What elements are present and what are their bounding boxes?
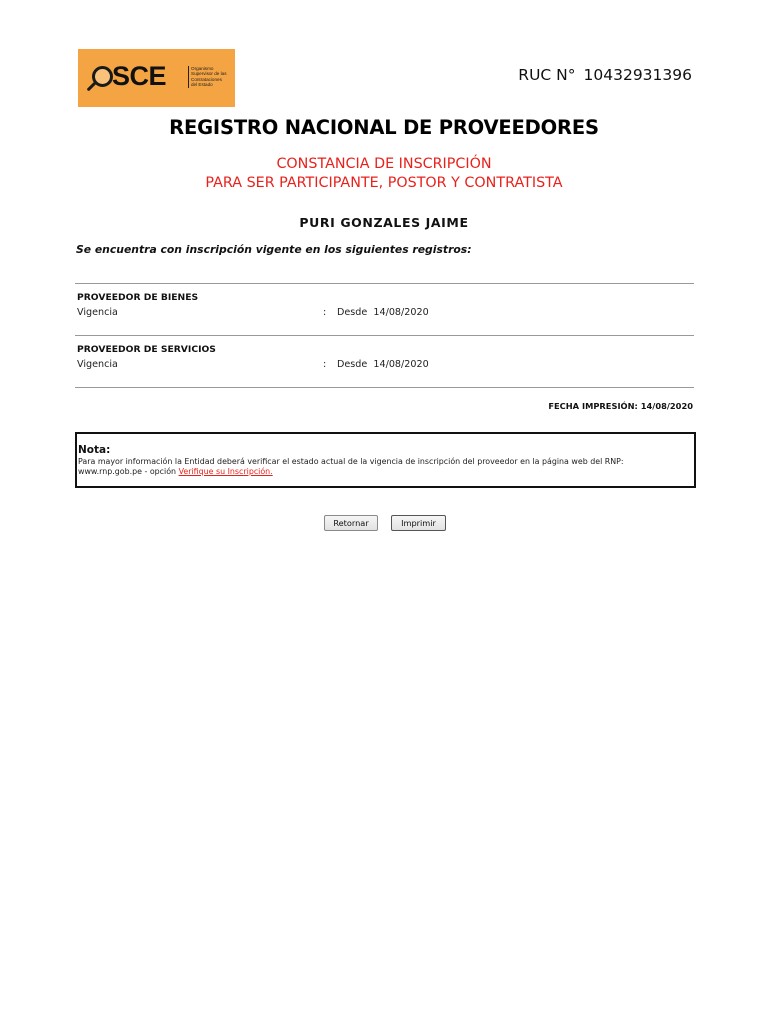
logo-tagline-line: Supervisor de las xyxy=(191,71,231,76)
registro-title: PROVEEDOR DE BIENES xyxy=(77,292,198,303)
registro-title: PROVEEDOR DE SERVICIOS xyxy=(77,344,216,355)
logo-divider xyxy=(188,66,189,88)
fecha-impresion-label: FECHA IMPRESIÓN: xyxy=(548,401,638,411)
registro-separator: : xyxy=(323,359,326,370)
logo-tagline-line: del Estado xyxy=(191,82,231,87)
divider xyxy=(75,335,694,336)
ruc-value: 10432931396 xyxy=(584,66,692,84)
nota-title: Nota: xyxy=(78,444,110,456)
document-subtitle: CONSTANCIA DE INSCRIPCIÓN PARA SER PARTI… xyxy=(0,155,768,193)
osce-logo: SCE Organismo Supervisor de las Contrata… xyxy=(78,49,235,107)
registro-value: Desde 14/08/2020 xyxy=(337,307,429,318)
divider xyxy=(75,387,694,388)
nota-body-text: Para mayor información la Entidad deberá… xyxy=(78,457,624,476)
page-title: REGISTRO NACIONAL DE PROVEEDORES xyxy=(0,116,768,139)
logo-tagline: Organismo Supervisor de las Contratacion… xyxy=(191,66,231,87)
verifique-inscripcion-link[interactable]: Verifique su Inscripción. xyxy=(179,467,273,476)
subtitle-line-2: PARA SER PARTICIPANTE, POSTOR Y CONTRATI… xyxy=(0,174,768,193)
nota-box: Nota: Para mayor información la Entidad … xyxy=(75,432,696,488)
divider xyxy=(75,283,694,284)
fecha-impresion-value: 14/08/2020 xyxy=(641,401,693,411)
holder-name: PURI GONZALES JAIME xyxy=(0,215,768,230)
registro-value: Desde 14/08/2020 xyxy=(337,359,429,370)
registro-label: Vigencia xyxy=(77,307,118,318)
logo-brand-text: SCE xyxy=(112,61,166,91)
registro-separator: : xyxy=(323,307,326,318)
magnifier-handle xyxy=(87,82,97,92)
retornar-button[interactable]: Retornar xyxy=(324,515,378,531)
imprimir-button[interactable]: Imprimir xyxy=(391,515,446,531)
ruc-label: RUC N° xyxy=(518,66,575,84)
fecha-impresion: FECHA IMPRESIÓN: 14/08/2020 xyxy=(548,401,693,411)
ruc-number: RUC N°10432931396 xyxy=(518,66,692,84)
nota-body: Para mayor información la Entidad deberá… xyxy=(78,457,690,477)
registro-label: Vigencia xyxy=(77,359,118,370)
lead-text: Se encuentra con inscripción vigente en … xyxy=(76,243,472,256)
subtitle-line-1: CONSTANCIA DE INSCRIPCIÓN xyxy=(0,155,768,174)
